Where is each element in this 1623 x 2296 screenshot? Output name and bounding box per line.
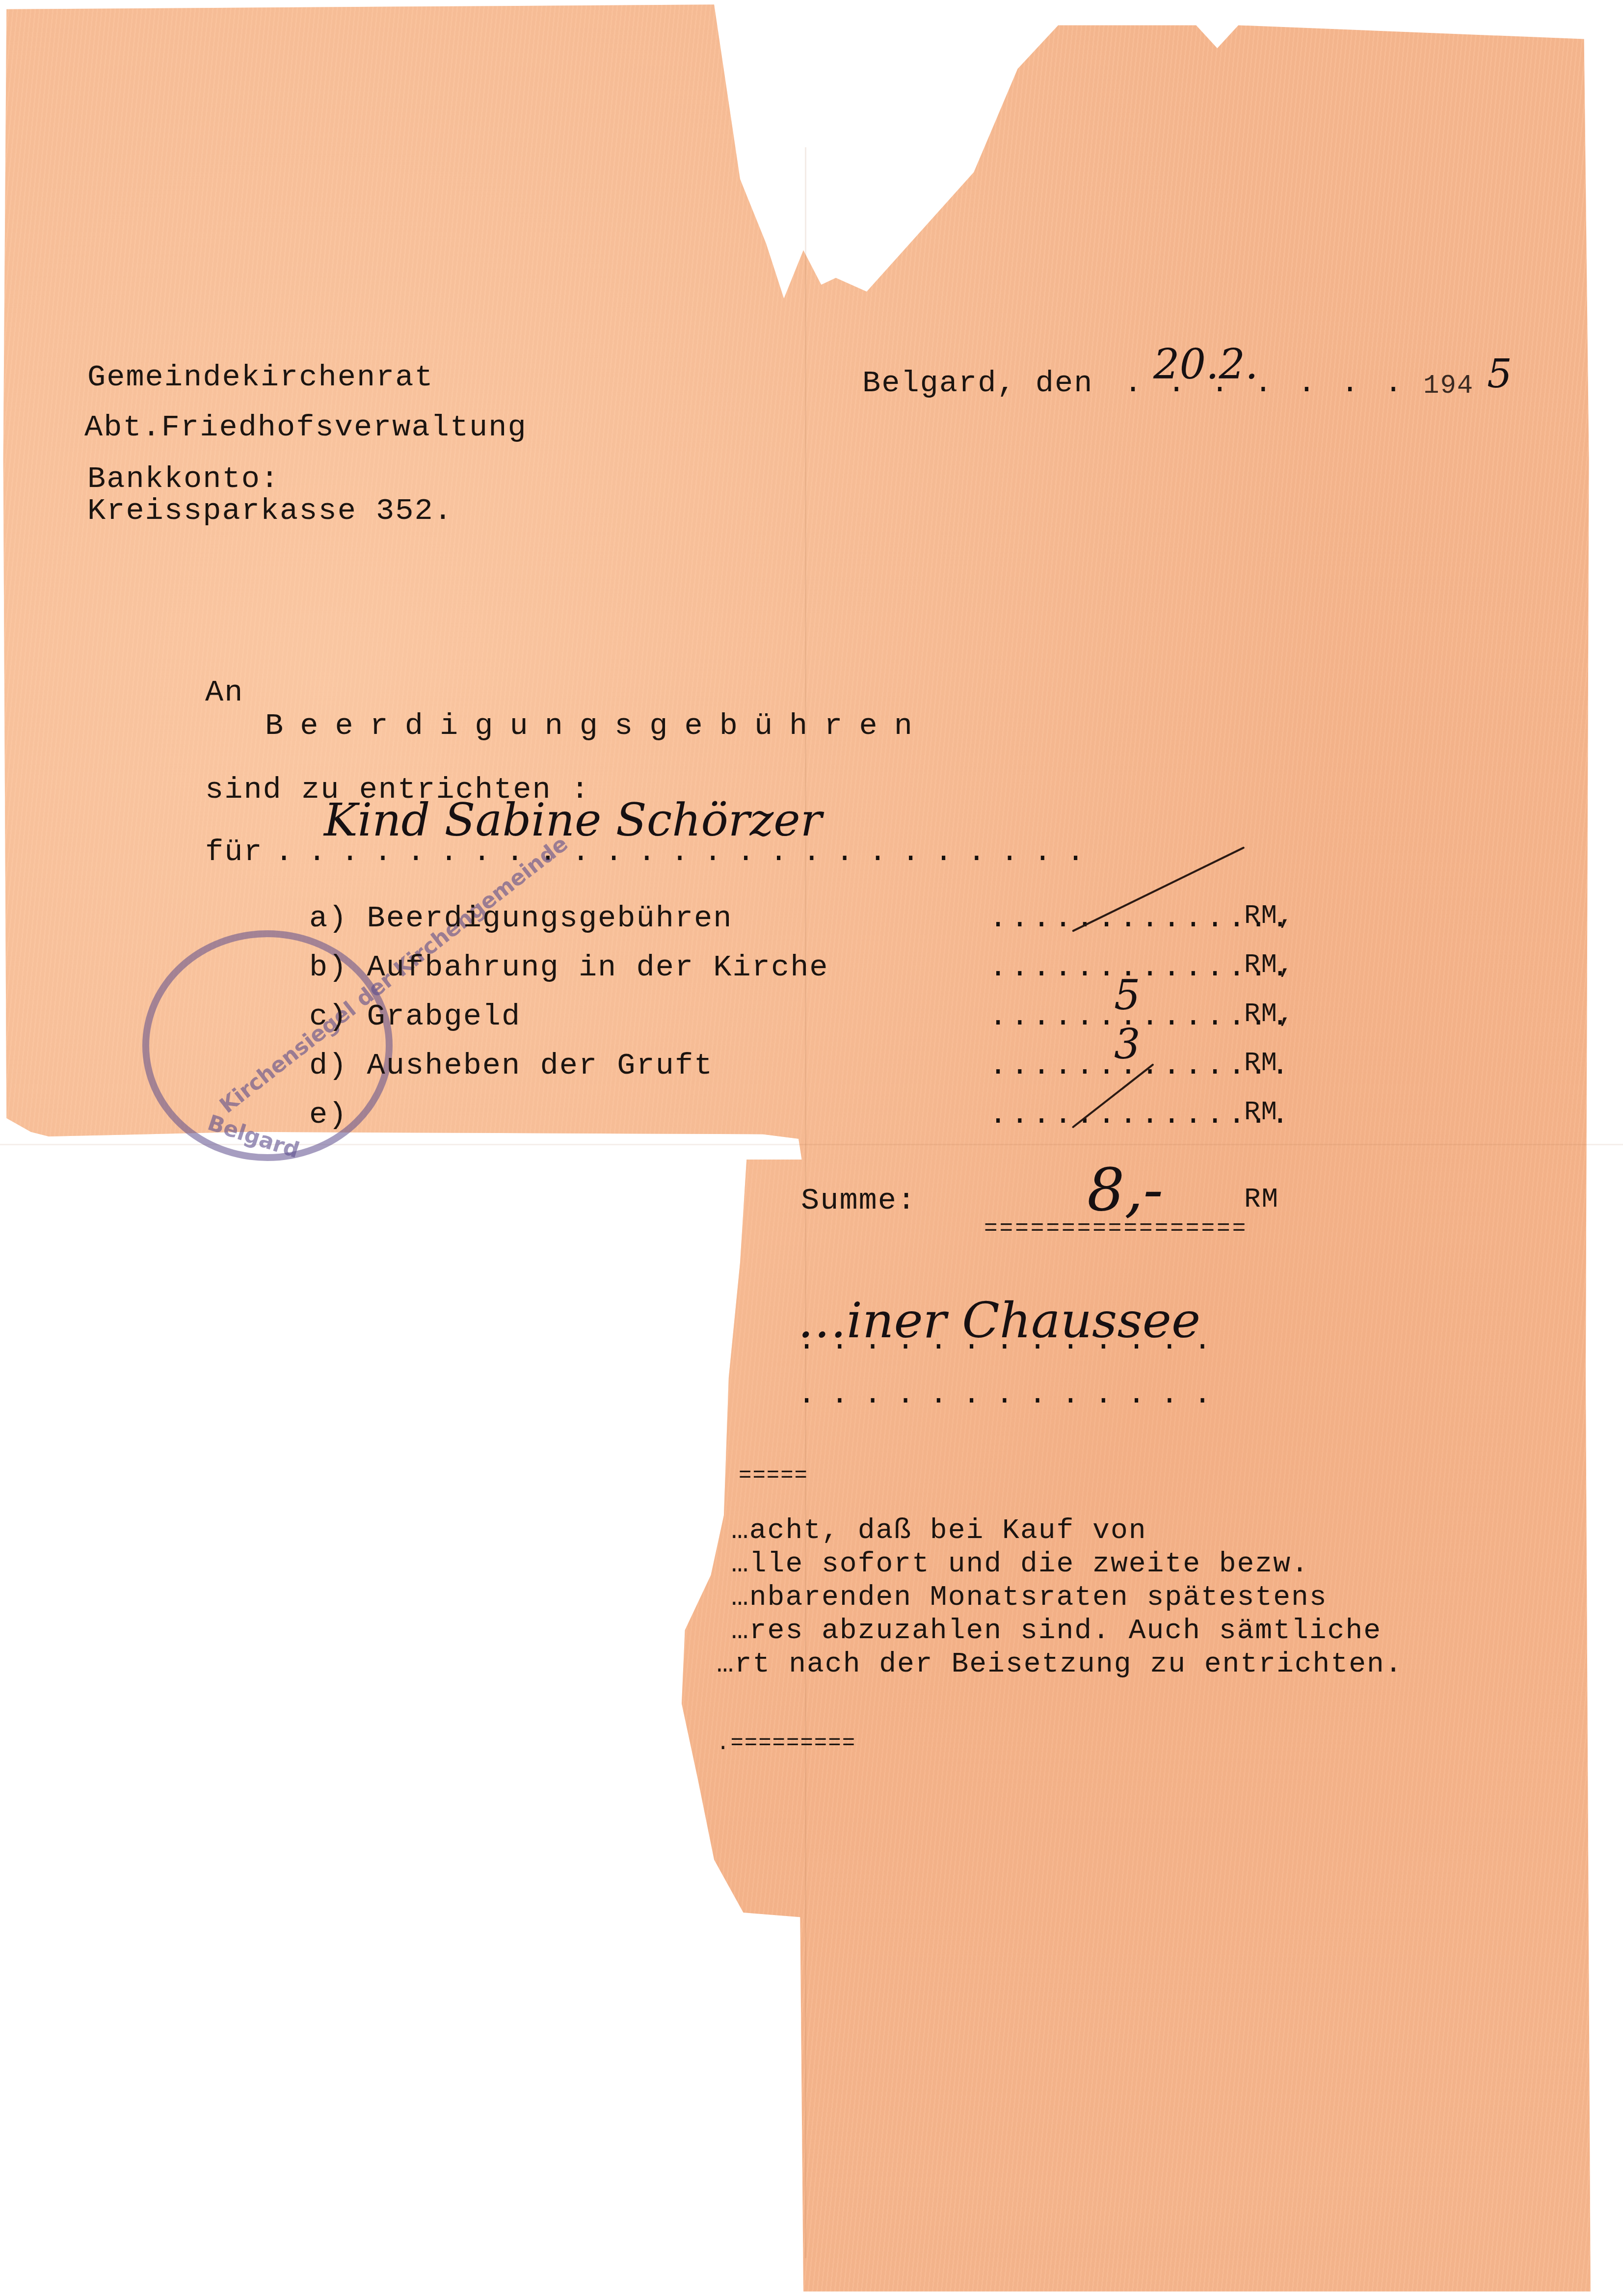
fee-item-unit: RM, bbox=[1244, 1001, 1295, 1028]
fee-item-label: a) Beerdigungsgebühren bbox=[309, 903, 733, 934]
sender-line-4: Kreissparkasse 352. bbox=[87, 496, 453, 526]
fee-item-amount-handwritten: 3 bbox=[1114, 1024, 1140, 1065]
notice-divider: ===== bbox=[739, 1465, 808, 1487]
address-dots-2: ............. bbox=[798, 1379, 1226, 1410]
for-label: für bbox=[205, 837, 263, 867]
fee-item-label: d) Ausheben der Gruft bbox=[309, 1051, 713, 1081]
fee-item-unit: RM, bbox=[1244, 903, 1295, 930]
total-double-underline: ================= bbox=[984, 1217, 1248, 1240]
notice-end-divider: .========= bbox=[717, 1733, 856, 1755]
fee-item-amount-handwritten: 5 bbox=[1114, 974, 1140, 1016]
notice-line: …acht, daß bei Kauf von bbox=[731, 1517, 1147, 1545]
sender-line-3: Bankkonto: bbox=[87, 464, 280, 494]
fee-item-label: c) Grabgeld bbox=[309, 1001, 521, 1032]
sender-line-2: Abt.Friedhofsverwaltung bbox=[84, 412, 527, 443]
sender-line-1: Gemeindekirchenrat bbox=[87, 362, 434, 393]
fee-item-unit: RM bbox=[1244, 1100, 1278, 1126]
fee-item-label: b) Aufbahrung in der Kirche bbox=[309, 952, 829, 983]
fee-item-unit: RM bbox=[1244, 1051, 1278, 1077]
addressee-label: An bbox=[205, 677, 243, 708]
notice-line: …res abzuzahlen sind. Auch sämtliche bbox=[731, 1617, 1382, 1646]
address-dots-1: ............. bbox=[798, 1325, 1226, 1356]
total-unit: RM bbox=[1244, 1186, 1279, 1213]
dateline-year-typed: 194 bbox=[1423, 373, 1474, 400]
total-amount-handwritten: 8,- bbox=[1087, 1161, 1163, 1220]
document-title: Beerdigungsgebühren bbox=[265, 711, 929, 741]
total-label: Summe: bbox=[801, 1186, 916, 1216]
notice-line: …rt nach der Beisetzung zu entrichten. bbox=[717, 1650, 1403, 1679]
notice-line: …nbarenden Monatsraten spätestens bbox=[731, 1584, 1328, 1612]
fee-item-label: e) bbox=[309, 1100, 367, 1130]
dateline-handwritten-date: 20.2. bbox=[1153, 344, 1258, 385]
notice-line: …lle sofort und die zweite bezw. bbox=[731, 1550, 1309, 1579]
deceased-name-handwritten: Kind Sabine Schörzer bbox=[324, 798, 822, 843]
fee-item-unit: RM, bbox=[1244, 952, 1295, 979]
dateline-year-handwritten: 5 bbox=[1487, 354, 1512, 394]
dateline-place: Belgard, den bbox=[862, 368, 1093, 399]
